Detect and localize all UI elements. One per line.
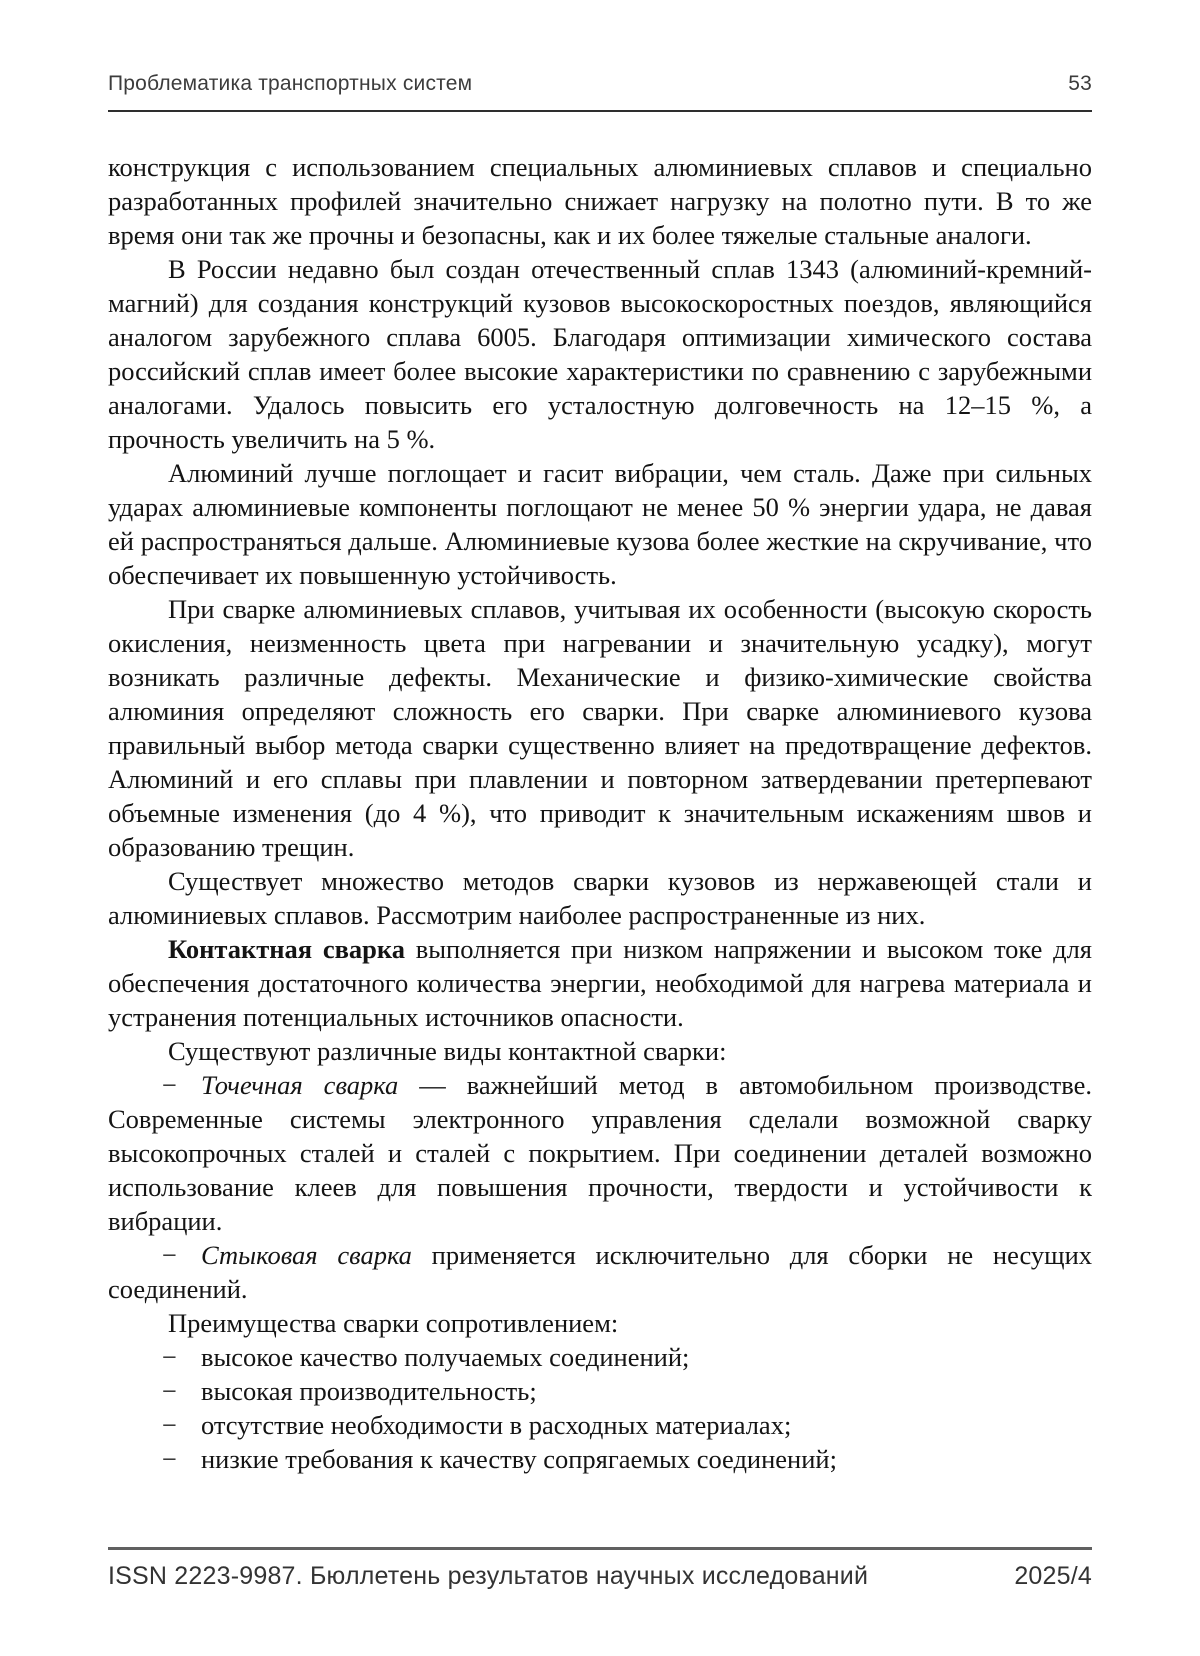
list-item-spot-welding: −Точечная сварка — важнейший метод в авт… [108, 1068, 1092, 1238]
paragraph-russian-alloy: В России недавно был создан отечественны… [108, 252, 1092, 456]
bullet-dash: − [162, 1444, 177, 1474]
text-segment: низкие требования к качеству сопрягаемых… [201, 1444, 837, 1474]
text-segment-italic: Точечная сварка [201, 1070, 398, 1100]
paragraph-intro-continuation: конструкция с использованием специальных… [108, 150, 1092, 252]
page-header: Проблематика транспортных систем 53 [108, 72, 1092, 96]
bullet-dash: − [162, 1240, 177, 1270]
text-segment: В России недавно был создан отечественны… [108, 254, 1092, 454]
paragraph-welding-methods: Существует множество методов сварки кузо… [108, 864, 1092, 932]
text-segment: Существует множество методов сварки кузо… [108, 866, 1092, 930]
list-item-advantage-quality: −высокое качество получаемых соединений; [108, 1340, 1092, 1374]
list-item-advantage-productivity: −высокая производительность; [108, 1374, 1092, 1408]
running-title: Проблематика транспортных систем [108, 72, 472, 96]
bullet-dash: − [162, 1410, 177, 1440]
text-segment: Существуют различные виды контактной сва… [168, 1036, 726, 1066]
page-number: 53 [1068, 72, 1092, 96]
page-footer: ISSN 2223-9987. Бюллетень результатов на… [108, 1562, 1092, 1591]
list-item-butt-welding: −Стыковая сварка применяется исключитель… [108, 1238, 1092, 1306]
text-segment: При сварке алюминиевых сплавов, учитывая… [108, 594, 1092, 862]
text-segment: Преимущества сварки сопротивлением: [168, 1308, 618, 1338]
text-segment: отсутствие необходимости в расходных мат… [201, 1410, 791, 1440]
bullet-dash: − [162, 1342, 177, 1372]
paragraph-contact-welding: Контактная сварка выполняется при низком… [108, 932, 1092, 1034]
paragraph-aluminum-vibration: Алюминий лучше поглощает и гасит вибраци… [108, 456, 1092, 592]
journal-page: { "page": { "width": 1200, "height": 165… [0, 0, 1200, 1656]
footer-rule [108, 1547, 1092, 1550]
paragraph-contact-welding-types: Существуют различные виды контактной сва… [108, 1034, 1092, 1068]
bullet-dash: − [162, 1376, 177, 1406]
paragraph-resistance-advantages: Преимущества сварки сопротивлением: [108, 1306, 1092, 1340]
text-segment: высокое качество получаемых соединений; [201, 1342, 689, 1372]
footer-issn-journal: ISSN 2223-9987. Бюллетень результатов на… [108, 1562, 868, 1591]
paragraph-welding-defects: При сварке алюминиевых сплавов, учитывая… [108, 592, 1092, 864]
text-segment: Алюминий лучше поглощает и гасит вибраци… [108, 458, 1092, 590]
text-segment-bold: Контактная сварка [168, 934, 405, 964]
article-body: конструкция с использованием специальных… [108, 150, 1092, 1476]
footer-issue: 2025/4 [1014, 1562, 1092, 1591]
list-item-advantage-low-requirements: −низкие требования к качеству сопрягаемы… [108, 1442, 1092, 1476]
text-segment: высокая производительность; [201, 1376, 537, 1406]
bullet-dash: − [162, 1070, 177, 1100]
text-segment: конструкция с использованием специальных… [108, 152, 1092, 250]
list-item-advantage-no-consumables: −отсутствие необходимости в расходных ма… [108, 1408, 1092, 1442]
text-segment-italic: Стыковая сварка [201, 1240, 412, 1270]
header-rule [108, 110, 1092, 112]
